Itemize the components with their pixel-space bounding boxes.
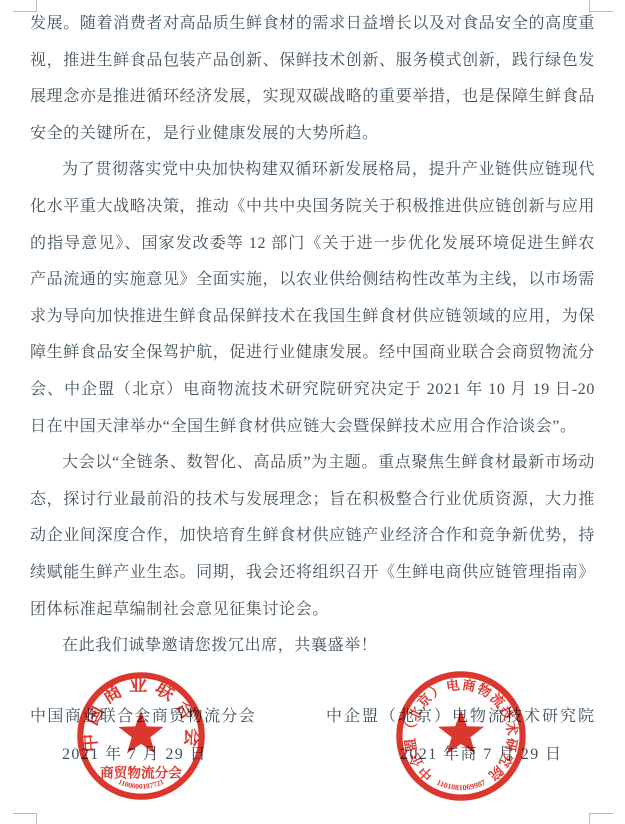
official-seal-left: 中国商业联合会 商贸物流分会 1100000187721 [75, 670, 207, 802]
letter-body: 发展。随着消费者对高品质生鲜食材的需求日益增长以及对食品安全的高度重视，推进生鲜… [30, 6, 595, 665]
svg-text:1101081069987: 1101081069987 [435, 778, 487, 792]
crop-mark-bottom-left [13, 813, 37, 824]
crop-mark-bottom-right [589, 813, 613, 824]
official-seal-right: 中企盟（北京）电商物流技术研究院 1101081069987 [394, 669, 528, 803]
paragraph-continuation: 发展。随着消费者对高品质生鲜食材的需求日益增长以及对食品安全的高度重视，推进生鲜… [30, 6, 595, 152]
star-icon [118, 710, 163, 753]
document-page: 发展。随着消费者对高品质生鲜食材的需求日益增长以及对食品安全的高度重视，推进生鲜… [0, 0, 625, 824]
seal-right-serial: 1101081069987 [435, 778, 487, 792]
seal-left-banner-text: 商贸物流分会 [100, 764, 182, 780]
paragraph-background: 为了贯彻落实党中央加快构建双循环新发展格局，提升产业链供应链现代化水平重大战略决… [30, 152, 595, 445]
paragraph-theme: 大会以“全链条、数智化、高品质”为主题。重点聚焦生鲜食材最新市场动态，探讨行业最… [30, 445, 595, 628]
paragraph-closing: 在此我们诚挚邀请您拨冗出席，共襄盛举！ [30, 628, 595, 665]
star-icon [438, 710, 484, 754]
